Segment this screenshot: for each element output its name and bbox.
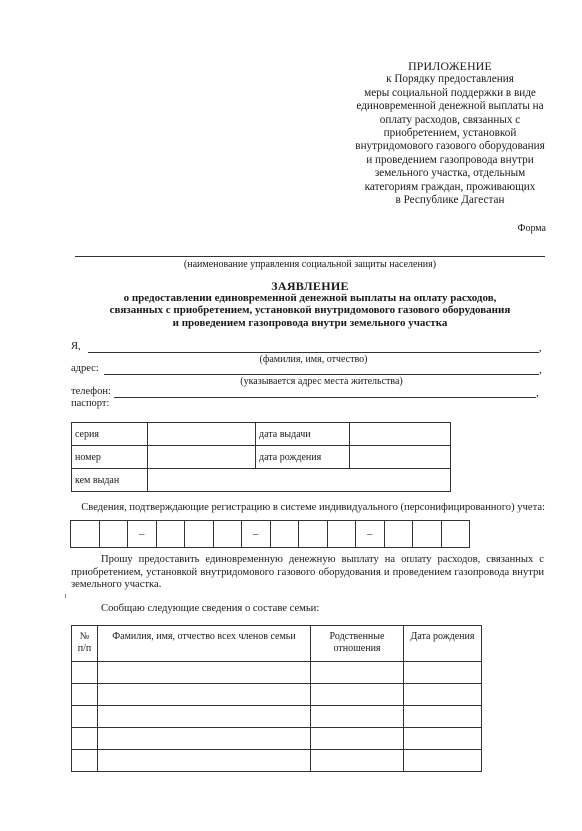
num-cell[interactable]	[72, 750, 98, 772]
birth-date-cell[interactable]	[404, 750, 482, 772]
snils-cell[interactable]	[327, 521, 356, 548]
address-caption: (указывается адрес места жительства)	[104, 376, 539, 387]
phone-comma: ,	[536, 387, 539, 399]
relation-cell[interactable]	[311, 662, 404, 684]
snils-cell[interactable]	[384, 521, 413, 548]
table-row	[72, 684, 482, 706]
document-title-line: связанных с приобретением, установкой вн…	[60, 304, 560, 316]
snils-cell-separator: –	[128, 521, 157, 548]
family-table: № п/п Фамилия, имя, отчество всех членов…	[71, 625, 482, 772]
name-cell[interactable]	[98, 750, 311, 772]
appendix-line: единовременной денежной выплаты на	[330, 100, 570, 113]
num-cell[interactable]	[72, 684, 98, 706]
series-label: серия	[72, 423, 148, 446]
issue-date-label: дата выдачи	[256, 423, 350, 446]
snils-cell[interactable]	[185, 521, 214, 548]
name-cell[interactable]	[98, 684, 311, 706]
appendix-line: в Республике Дагестан	[330, 194, 570, 207]
birth-date-cell[interactable]	[404, 728, 482, 750]
issued-by-field[interactable]	[148, 469, 451, 492]
table-row	[72, 662, 482, 684]
series-field[interactable]	[148, 423, 256, 446]
form-label: Форма	[518, 223, 546, 234]
family-label: Сообщаю следующие сведения о составе сем…	[101, 603, 319, 614]
snils-cell[interactable]	[441, 521, 470, 548]
table-row	[72, 750, 482, 772]
address-comma: ,	[539, 364, 542, 376]
birth-date-field[interactable]	[350, 446, 451, 469]
relation-cell[interactable]	[311, 750, 404, 772]
name-cell[interactable]	[98, 662, 311, 684]
appendix-title: ПРИЛОЖЕНИЕ	[330, 60, 570, 73]
snils-cell[interactable]	[299, 521, 328, 548]
relation-cell[interactable]	[311, 706, 404, 728]
header-relation-line: отношения	[311, 643, 403, 655]
appendix-line: внутридомового газового оборудования	[330, 140, 570, 153]
request-text: Прошу предоставить единовременную денежн…	[71, 554, 544, 590]
scan-mark	[65, 594, 66, 598]
num-cell[interactable]	[72, 728, 98, 750]
passport-label: паспорт:	[71, 398, 109, 409]
snils-cell[interactable]	[71, 521, 100, 548]
document-title-line: о предоставлении единовременной денежной…	[60, 292, 560, 304]
appendix-line: оплату расходов, связанных с	[330, 114, 570, 127]
issued-by-label: кем выдан	[72, 469, 148, 492]
birth-date-label: дата рождения	[256, 446, 350, 469]
snils-cell-separator: –	[242, 521, 271, 548]
address-label: адрес:	[71, 363, 99, 374]
relation-cell[interactable]	[311, 728, 404, 750]
snils-cell[interactable]	[156, 521, 185, 548]
passport-row-number: номер дата рождения	[72, 446, 451, 469]
name-label: Я,	[71, 341, 81, 352]
number-label: номер	[72, 446, 148, 469]
num-cell[interactable]	[72, 706, 98, 728]
phone-label: телефон:	[71, 386, 111, 397]
header-num-line: п/п	[72, 643, 97, 655]
snils-label: Сведения, подтверждающие регистрацию в с…	[60, 502, 545, 513]
appendix-line: категориям граждан, проживающих	[330, 181, 570, 194]
table-row	[72, 706, 482, 728]
appendix-line: приобретением, установкой	[330, 127, 570, 140]
birth-date-cell[interactable]	[404, 706, 482, 728]
header-num-line: №	[72, 631, 97, 643]
number-field[interactable]	[148, 446, 256, 469]
snils-row: – – –	[71, 521, 470, 548]
phone-field[interactable]	[114, 397, 536, 398]
table-row	[72, 728, 482, 750]
request-paragraph: Прошу предоставить единовременную денежн…	[71, 554, 544, 592]
name-comma: ,	[539, 342, 542, 354]
header-relation-line: Родственные	[311, 631, 403, 643]
header-num: № п/п	[72, 626, 98, 662]
snils-cell-separator: –	[356, 521, 385, 548]
name-caption: (фамилия, имя, отчество)	[88, 354, 539, 365]
passport-table: серия дата выдачи номер дата рождения ке…	[71, 422, 451, 492]
family-header-row: № п/п Фамилия, имя, отчество всех членов…	[72, 626, 482, 662]
appendix-line: к Порядку предоставления	[330, 73, 570, 86]
passport-row-issued-by: кем выдан	[72, 469, 451, 492]
appendix-line: земельного участка, отдельным	[330, 167, 570, 180]
name-cell[interactable]	[98, 706, 311, 728]
birth-date-cell[interactable]	[404, 684, 482, 706]
snils-cell[interactable]	[270, 521, 299, 548]
header-relation: Родственные отношения	[311, 626, 404, 662]
passport-row-series: серия дата выдачи	[72, 423, 451, 446]
header-name: Фамилия, имя, отчество всех членов семьи	[98, 626, 311, 662]
snils-cell[interactable]	[213, 521, 242, 548]
header-birth-date: Дата рождения	[404, 626, 482, 662]
birth-date-cell[interactable]	[404, 662, 482, 684]
address-field[interactable]	[104, 374, 539, 375]
document-title: ЗАЯВЛЕНИЕ о предоставлении единовременно…	[60, 280, 560, 329]
recipient-field-line[interactable]	[75, 256, 545, 257]
recipient-caption: (наименование управления социальной защи…	[75, 259, 545, 270]
appendix-header: ПРИЛОЖЕНИЕ к Порядку предоставления меры…	[330, 60, 570, 207]
appendix-line: меры социальной поддержки в виде	[330, 87, 570, 100]
snils-grid: – – –	[70, 520, 470, 548]
num-cell[interactable]	[72, 662, 98, 684]
relation-cell[interactable]	[311, 684, 404, 706]
name-field[interactable]	[88, 352, 539, 353]
snils-cell[interactable]	[99, 521, 128, 548]
snils-cell[interactable]	[413, 521, 442, 548]
document-title-line: и проведением газопровода внутри земельн…	[60, 317, 560, 329]
issue-date-field[interactable]	[350, 423, 451, 446]
document-title-main: ЗАЯВЛЕНИЕ	[60, 280, 560, 292]
name-cell[interactable]	[98, 728, 311, 750]
appendix-line: и проведением газопровода внутри	[330, 154, 570, 167]
